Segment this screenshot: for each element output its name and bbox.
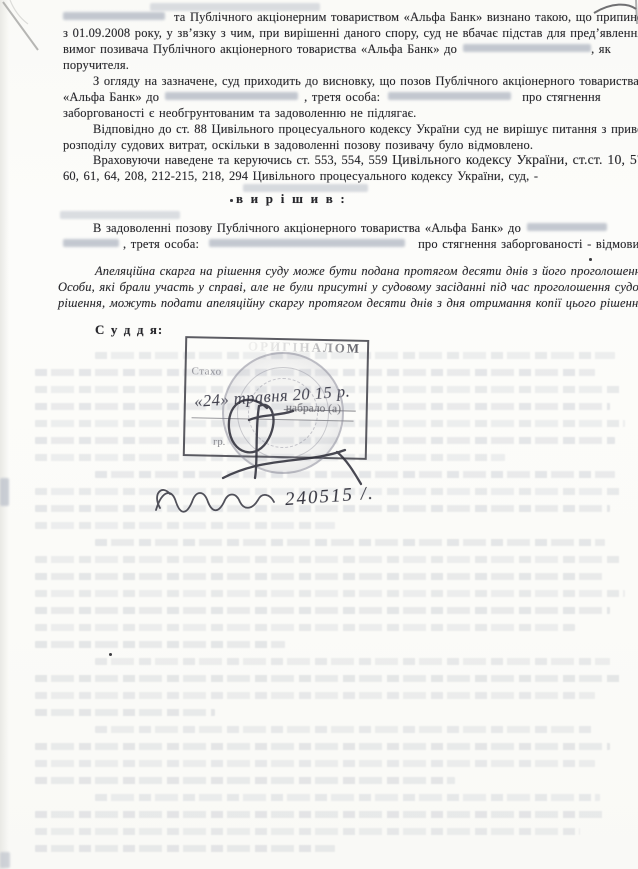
decision-line: Відповідно до ст. 88 Цивільного процесуа… [93,121,638,137]
decision-line: Враховуючи наведене та керуючись ст. 553… [93,152,638,168]
scanned-court-decision-page: та Публічного акціонерним товариством «А… [0,0,638,869]
decision-text: та Публічного акціонерним товариством «А… [174,10,638,24]
bleedthrough-line [35,522,335,529]
redacted-name [63,12,165,20]
decision-line: В задоволенні позову Публічного акціонер… [93,220,607,236]
bleedthrough-line [35,828,580,835]
decision-text: , як [591,42,611,56]
decision-line: 60, 61, 64, 208, 212-215, 218, 294 Цивіл… [63,168,538,184]
redacted-name [388,92,511,100]
bleedthrough-line [35,556,620,563]
bleedthrough-line [35,845,335,852]
decision-text: ст.ст. 10, 57, [573,152,638,167]
appeal-notice-line: Особи, які брали участь у справі, але не… [58,279,638,295]
ruling-heading: в и р і ш и в : [236,191,346,207]
bleedthrough-line [95,794,600,801]
bleedthrough-line [35,777,455,784]
judge-label: С у д д я: [95,322,163,338]
ink-dot [230,199,233,202]
decision-line: «Альфа Банк» до, третя особа:про стягнен… [63,89,601,105]
round-court-seal [222,352,344,474]
bleedthrough-line [35,692,595,699]
decision-line: , третя особа:про стягнення заборгованос… [63,236,638,252]
appeal-notice-line: рішення, можуть подати апеляційну скаргу… [58,295,638,311]
bleedthrough-line [95,658,610,665]
decision-line: розподілу судових витрат, оскільки в зад… [63,137,533,153]
decision-text: Цивільного кодексу України, [392,152,568,167]
decision-line: вимог позивача Публічного акціонерного т… [63,41,611,57]
redacted-name [527,223,607,231]
decision-text: В задоволенні позову Публічного акціонер… [93,221,521,235]
decision-line: заборгованості є необгрунтованим та задо… [63,105,416,121]
bleedthrough-line [35,675,620,682]
redacted-name [63,239,119,247]
decision-text: , третя особа: [123,237,199,251]
decision-text: вимог позивача Публічного акціонерного т… [63,42,457,56]
ink-dot [589,258,592,261]
decision-line: з 01.09.2008 року, у зв’язку з чим, при … [63,25,638,41]
redacted-name [165,92,298,100]
decision-line: та Публічного акціонерним товариством «А… [63,9,638,25]
ink-dot [109,653,112,656]
bleedthrough-line [35,590,625,597]
bleedthrough-line [35,811,605,818]
decision-text: «Альфа Банк» до [63,90,159,104]
redacted-name [463,44,591,52]
bleedthrough-line [95,471,615,478]
bleedthrough-line [95,726,595,733]
bleedthrough-patch [60,211,180,219]
decision-line: поручителя. [63,57,129,73]
decision-text: , третя особа: [304,90,380,104]
decision-text: про стягнення [522,90,601,104]
decision-text: про стягнення заборгованості - відмовити… [418,237,638,251]
scan-edge-mark [0,852,10,868]
bleedthrough-line [35,573,605,580]
decision-text: Враховуючи наведене та керуючись ст. 553… [93,153,388,167]
bleedthrough-line [35,760,595,767]
decision-line: З огляду на зазначене, суд приходить до … [93,73,638,89]
bleedthrough-line [35,624,575,631]
stamp-bottom-text: гр. [213,437,225,448]
bleedthrough-line [35,641,285,648]
bleedthrough-line [35,743,610,750]
redacted-name [209,239,405,247]
bleedthrough-line [35,607,610,614]
bleedthrough-line [95,539,605,546]
stamp-court-text: Стахо [191,365,221,378]
appeal-notice-line: Апеляційна скарга на рішення суду може б… [95,263,638,279]
bleedthrough-line [35,709,215,716]
scan-edge-mark [0,478,9,506]
